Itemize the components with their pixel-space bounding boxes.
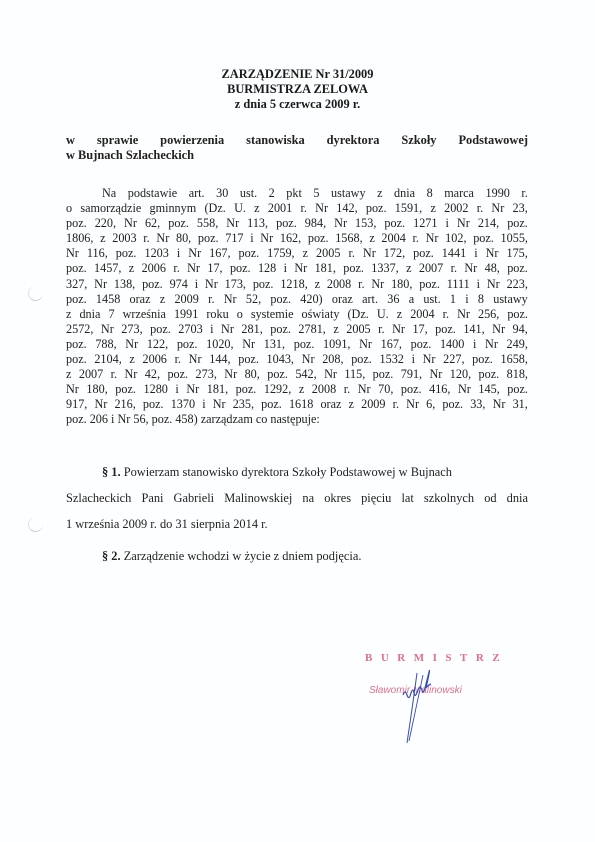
section-1-line: 1 września 2009 r. do 31 sierpnia 2014 r… <box>66 511 528 537</box>
subject-line-2: w Bujnach Szlacheckich <box>66 148 528 163</box>
subject-word: w <box>66 133 75 148</box>
legal-basis-line: osamorządziegminnym(Dz.U.z2001r.Nr142,po… <box>66 201 528 216</box>
punch-hole-mark <box>28 286 43 301</box>
legal-basis-line: poz.1458orazz2009r.Nr52,poz.420)orazart.… <box>66 292 528 307</box>
section-1: § 1. Powierzam stanowisko dyrektora Szko… <box>66 459 528 537</box>
official-stamp: BURMISTRZ Sławomir Malinowski <box>365 652 505 664</box>
legal-basis-line: poz.1457,z2006r.Nr17,poz.128iNr181,poz.1… <box>66 261 528 276</box>
legal-basis-line: Nr180,poz.1280iNr181,poz.1292,z2008r.Nr7… <box>66 382 528 397</box>
legal-basis-line: z2007r.Nr42,poz.273,Nr80,poz.542,Nr115,p… <box>66 367 528 382</box>
legal-basis-line: poz.788,Nr122,poz.1020,Nr131,poz.1091,Nr… <box>66 337 528 352</box>
section-1-label: § 1. <box>102 465 121 479</box>
subject-word: Szkoły <box>401 133 436 148</box>
legal-basis-line: 327,Nr138,poz.974iNr173,poz.1218,z2008r.… <box>66 277 528 292</box>
document-title: ZARZĄDZENIE Nr 31/2009 <box>0 67 595 82</box>
section-1-line: § 1. Powierzam stanowisko dyrektora Szko… <box>66 459 528 485</box>
section-2-text: Zarządzenie wchodzi w życie z dniem podj… <box>124 549 362 563</box>
section-1-line: SzlacheckichPaniGabrieliMalinowskiejnaok… <box>66 485 528 511</box>
section-2-label: § 2. <box>102 549 121 563</box>
document-header: ZARZĄDZENIE Nr 31/2009 BURMISTRZA ZELOWA… <box>0 67 595 113</box>
punch-hole-mark <box>28 517 43 532</box>
legal-basis-line: poz. 206 i Nr 56, poz. 458) zarządzam co… <box>66 412 528 427</box>
subject-word: sprawie <box>97 133 138 148</box>
subject-word: dyrektora <box>327 133 380 148</box>
subject-word: stanowiska <box>246 133 305 148</box>
legal-basis-line: Nr116,poz.1203iNr167,poz.1759,z2005r.Nr1… <box>66 246 528 261</box>
section-2: § 2. Zarządzenie wchodzi w życie z dniem… <box>102 549 361 564</box>
subject-word: Podstawowej <box>458 133 528 148</box>
legal-basis-line: poz.220,Nr62,poz.558,Nr113,poz.984,Nr153… <box>66 216 528 231</box>
stamp-title: BURMISTRZ <box>365 652 505 664</box>
legal-basis-line: Napodstawieart.30ust.2pkt5ustawyzdnia8ma… <box>66 186 528 201</box>
document-issuer: BURMISTRZA ZELOWA <box>0 82 595 97</box>
subject-line-1: wsprawiepowierzeniastanowiskadyrektoraSz… <box>66 133 528 148</box>
document-subject: wsprawiepowierzeniastanowiskadyrektoraSz… <box>66 133 528 163</box>
legal-basis-line: poz.2104,z2006r.Nr144,poz.1043,Nr208,poz… <box>66 352 528 367</box>
document-date: z dnia 5 czerwca 2009 r. <box>0 97 595 112</box>
document-page: ZARZĄDZENIE Nr 31/2009 BURMISTRZA ZELOWA… <box>0 0 595 842</box>
legal-basis-line: 1806,z2003r.Nr80,poz.717iNr162,poz.1568,… <box>66 231 528 246</box>
subject-word: powierzenia <box>160 133 224 148</box>
handwritten-signature <box>395 665 455 745</box>
legal-basis-line: zdnia7września1991rokuosystemieoświaty(D… <box>66 307 528 322</box>
legal-basis-line: 2572,Nr273,poz.2703iNr281,poz.2781,z2005… <box>66 322 528 337</box>
legal-basis-line: 917,Nr216,poz.1370iNr235,poz.1618orazz20… <box>66 397 528 412</box>
legal-basis-paragraph: Napodstawieart.30ust.2pkt5ustawyzdnia8ma… <box>66 186 528 428</box>
